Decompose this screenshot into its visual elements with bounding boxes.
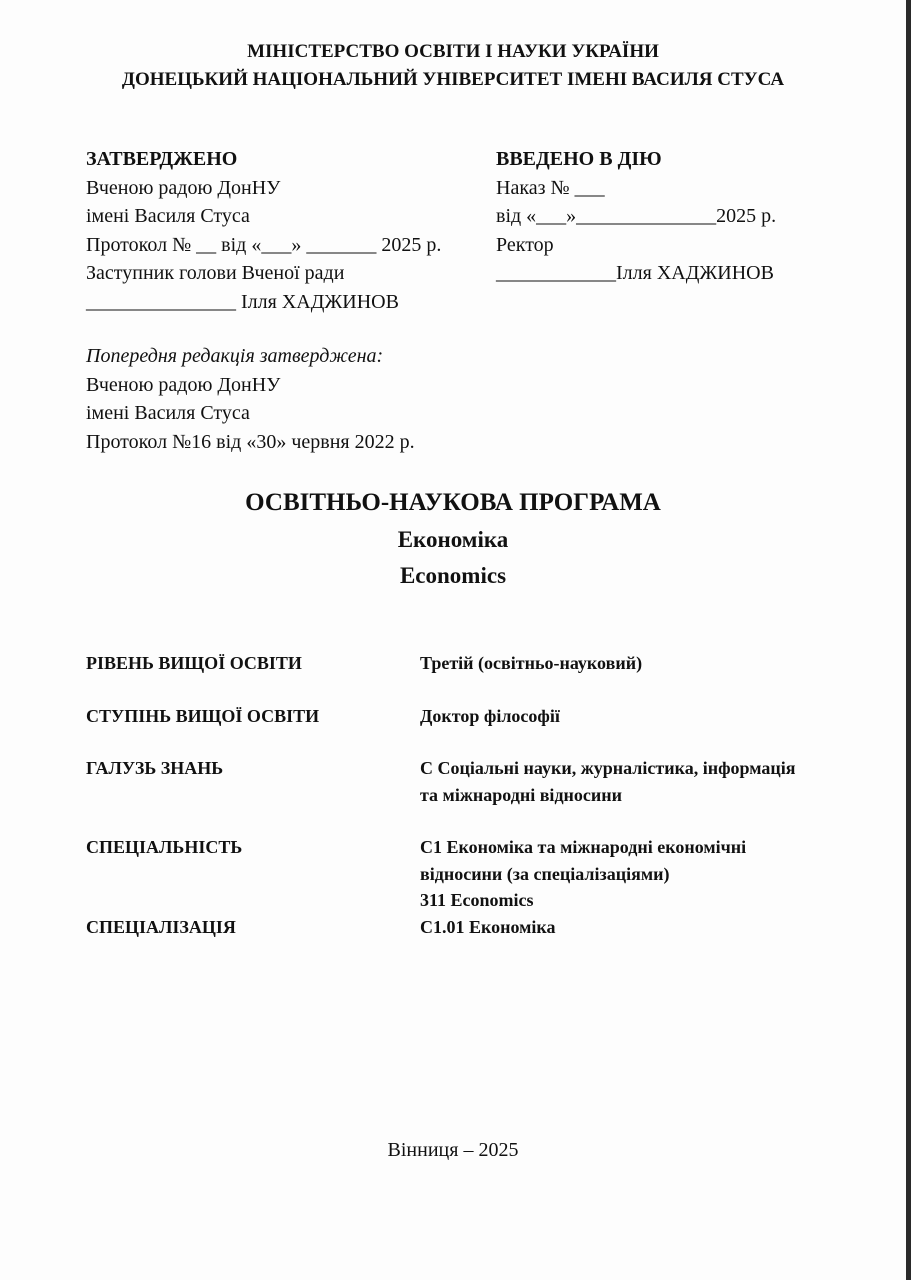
document-page: МІНІСТЕРСТВО ОСВІТИ І НАУКИ УКРАЇНИ ДОНЕ… [0,0,906,1280]
info-value: Доктор філософії [420,703,846,730]
previous-edition-line: імені Василя Стуса [86,399,415,428]
previous-edition-line: Вченою радою ДонНУ [86,371,415,400]
info-value-line: С Соціальні науки, журналістика, інформа… [420,755,846,782]
approved-block: ЗАТВЕРДЖЕНО Вченою радою ДонНУ імені Вас… [86,145,496,316]
approved-line: _______________ Ілля ХАДЖИНОВ [86,288,496,317]
info-value-line: Третій (освітньо-науковий) [420,650,846,677]
previous-edition-block: Попередня редакція затверджена: Вченою р… [86,342,415,456]
enacted-block: ВВЕДЕНО В ДІЮ Наказ № ___ від «___»_____… [496,145,836,288]
approved-title: ЗАТВЕРДЖЕНО [86,145,496,174]
info-value: С Соціальні науки, журналістика, інформа… [420,755,846,808]
program-name-en: Economics [0,558,906,594]
info-row-education-level: РІВЕНЬ ВИЩОЇ ОСВІТИ Третій (освітньо-нау… [86,650,846,677]
page-edge-divider [906,0,911,1280]
document-header: МІНІСТЕРСТВО ОСВІТИ І НАУКИ УКРАЇНИ ДОНЕ… [0,38,906,94]
info-label: РІВЕНЬ ВИЩОЇ ОСВІТИ [86,650,420,677]
info-value-line: відносини (за спеціалізаціями) [420,861,846,888]
approved-line: Протокол № __ від «___» _______ 2025 р. [86,231,496,260]
info-row-specialty: СПЕЦІАЛЬНІСТЬ С1 Економіка та міжнародні… [86,834,846,914]
program-title-block: ОСВІТНЬО-НАУКОВА ПРОГРАМА Економіка Econ… [0,484,906,594]
info-value: С1 Економіка та міжнародні економічні ві… [420,834,846,914]
university-name: ДОНЕЦЬКИЙ НАЦІОНАЛЬНИЙ УНІВЕРСИТЕТ ІМЕНІ… [0,66,906,94]
info-label: СТУПІНЬ ВИЩОЇ ОСВІТИ [86,703,420,730]
info-value: С1.01 Економіка [420,914,846,941]
info-row-field-of-knowledge: ГАЛУЗЬ ЗНАНЬ С Соціальні науки, журналіс… [86,755,846,808]
info-value-line: С1 Економіка та міжнародні економічні [420,834,846,861]
enacted-line: від «___»______________2025 р. [496,202,836,231]
ministry-name: МІНІСТЕРСТВО ОСВІТИ І НАУКИ УКРАЇНИ [0,38,906,66]
enacted-line: ____________Ілля ХАДЖИНОВ [496,259,836,288]
info-value: Третій (освітньо-науковий) [420,650,846,677]
info-label: ГАЛУЗЬ ЗНАНЬ [86,755,420,808]
info-value-line: 311 Economics [420,887,846,914]
info-value-line: Доктор філософії [420,703,846,730]
enacted-line: Наказ № ___ [496,174,836,203]
previous-edition-line: Протокол №16 від «30» червня 2022 р. [86,428,415,457]
info-row-specialization: СПЕЦІАЛІЗАЦІЯ С1.01 Економіка [86,914,846,941]
approved-line: Заступник голови Вченої ради [86,259,496,288]
enacted-title: ВВЕДЕНО В ДІЮ [496,145,836,174]
approved-line: імені Василя Стуса [86,202,496,231]
place-year: Вінниця – 2025 [0,1136,906,1164]
program-name-uk: Економіка [0,522,906,558]
info-label: СПЕЦІАЛЬНІСТЬ [86,834,420,914]
enacted-line: Ректор [496,231,836,260]
program-info-table: РІВЕНЬ ВИЩОЇ ОСВІТИ Третій (освітньо-нау… [86,650,846,940]
info-value-line: та міжнародні відносини [420,782,846,809]
info-label: СПЕЦІАЛІЗАЦІЯ [86,914,420,941]
approved-line: Вченою радою ДонНУ [86,174,496,203]
previous-edition-title: Попередня редакція затверджена: [86,342,415,371]
info-row-degree: СТУПІНЬ ВИЩОЇ ОСВІТИ Доктор філософії [86,703,846,730]
info-value-line: С1.01 Економіка [420,914,846,941]
program-title: ОСВІТНЬО-НАУКОВА ПРОГРАМА [0,484,906,522]
